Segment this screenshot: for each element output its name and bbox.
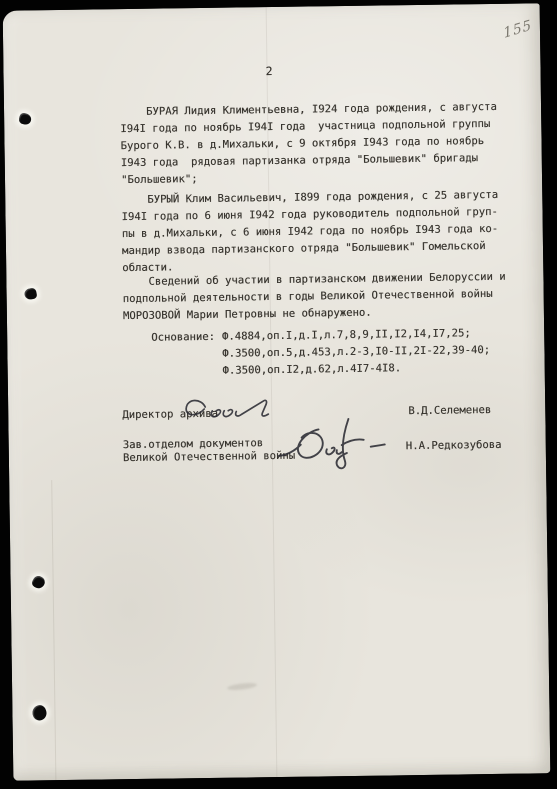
paragraph-buryi: БУРЫЙ Клим Васильевич, I899 года рождени… <box>121 186 530 277</box>
basis-references: Ф.4884,оп.I,д.I,л.7,8,9,II,I2,I4,I7,25; … <box>222 325 491 380</box>
signer-name-selemenev: В.Д.Селеменев <box>408 404 491 417</box>
signer-title-department-head: Зав.отделом документов Великой Отечестве… <box>123 437 296 465</box>
typed-page-number: 2 <box>265 64 272 78</box>
paragraph-morozova: Сведений об участии в партизанском движе… <box>122 268 531 325</box>
hole-punch <box>30 703 48 722</box>
signer-name-redkozubova: Н.А.Редкозубова <box>406 439 502 452</box>
basis-section: Основание: Ф.4884,оп.I,д.I,л.7,8,9,II,I2… <box>151 325 490 381</box>
archive-reference: Ф.3500,оп.I2,д.62,л.4I7-4I8. <box>222 359 490 380</box>
document-page: 155 2 БУРАЯ Лидия Климентьевна, I924 год… <box>3 3 551 780</box>
hole-punch <box>18 112 32 126</box>
scan-background: 155 2 БУРАЯ Лидия Климентьевна, I924 год… <box>0 0 557 789</box>
paper-crease-line <box>51 480 56 780</box>
signature-icon <box>270 414 421 474</box>
basis-label: Основание: <box>151 329 215 347</box>
text-line: Великой Отечественной войны <box>123 450 295 465</box>
paper-smudge <box>227 682 257 692</box>
hole-punch <box>30 574 46 590</box>
handwritten-folio-number: 155 <box>502 17 533 42</box>
hole-punch <box>24 287 38 300</box>
paragraph-buraya: БУРАЯ Лидия Климентьевна, I924 года рожд… <box>120 98 529 189</box>
